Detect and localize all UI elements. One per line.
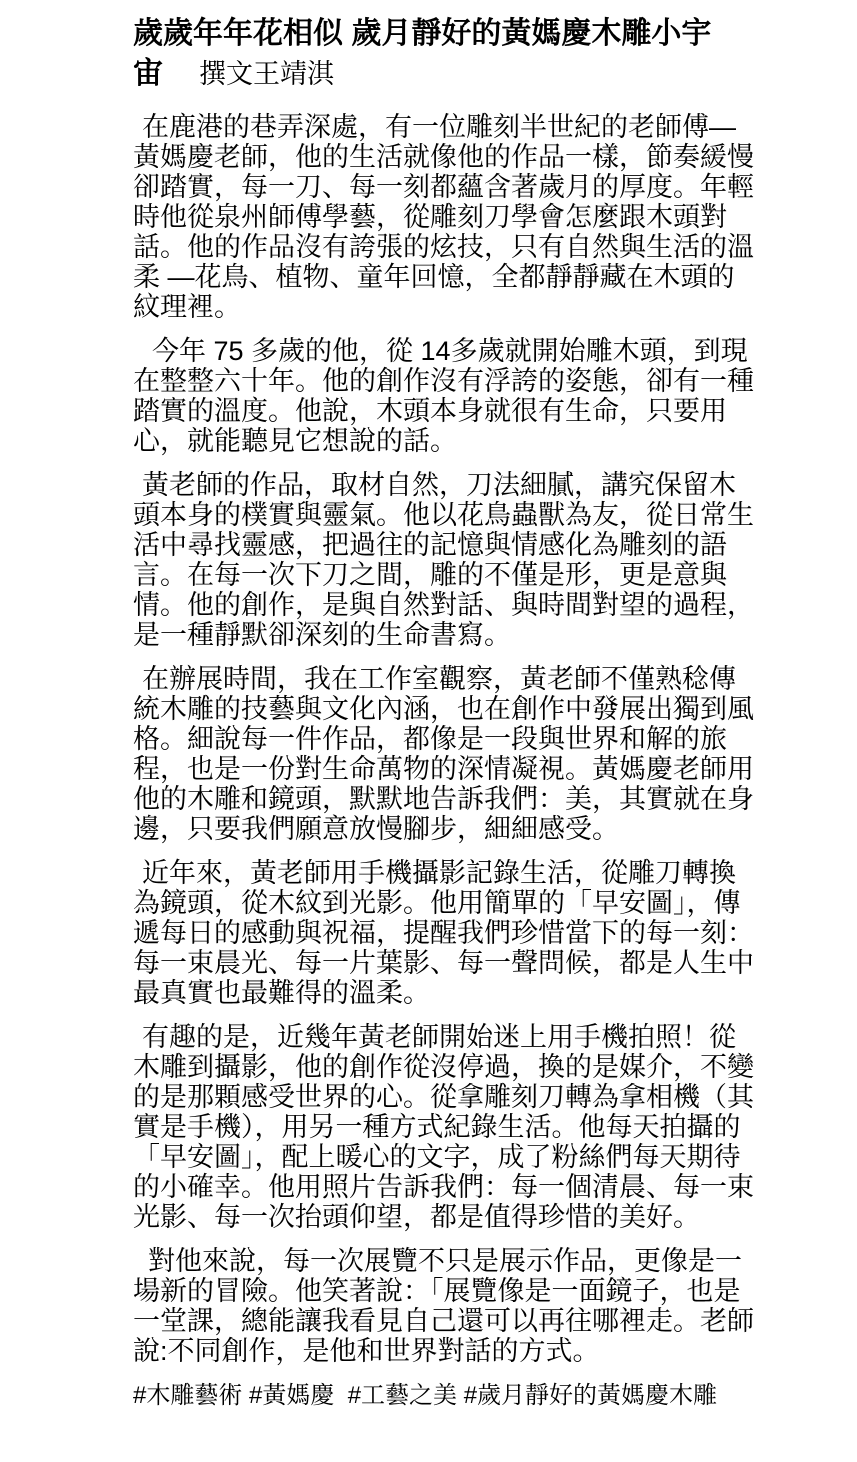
article-byline: 撰文王靖淇 <box>199 59 334 89</box>
paragraph-phone-photography: 近年來，黃老師用手機攝影記錄生活，從雕刀轉換為鏡頭，從木紋到光影。他用簡單的「早… <box>133 858 757 1008</box>
paragraph-exhibition-mirror: 對他來說，每一次展覽不只是展示作品，更像是一場新的冒險。他笑著說：「展覽像是一面… <box>133 1246 757 1366</box>
hashtags-line: #木雕藝術 #黃媽慶 #工藝之美 #歲月靜好的黃媽慶木雕 <box>133 1380 757 1411</box>
article-title: 歲歲年年花相似 歲月靜好的黃媽慶木雕小宇宙撰文王靖淇 <box>133 14 733 94</box>
article-content: 歲歲年年花相似 歲月靜好的黃媽慶木雕小宇宙撰文王靖淇 在鹿港的巷弄深處，有一位雕… <box>0 0 757 1411</box>
paragraph-craft-style: 黃老師的作品，取材自然，刀法細膩，講究保留木頭本身的樸實與靈氣。他以花鳥蟲獸為友… <box>133 470 757 650</box>
paragraph-age-career: 今年 75 多歲的他，從 14多歲就開始雕木頭，到現在整整六十年。他的創作沒有浮… <box>133 336 757 456</box>
paragraph-exhibition-observation: 在辦展時間，我在工作室觀察，黃老師不僅熟稔傳統木雕的技藝與文化內涵，也在創作中發… <box>133 664 757 844</box>
paragraph-intro: 在鹿港的巷弄深處，有一位雕刻半世紀的老師傅—黃媽慶老師，他的生活就像他的作品一樣… <box>133 112 757 322</box>
paragraph-morning-images: 有趣的是，近幾年黃老師開始迷上用手機拍照！從木雕到攝影，他的創作從沒停過，換的是… <box>133 1022 757 1232</box>
document-page: { "page": { "background_color": "#ffffff… <box>0 0 857 1462</box>
